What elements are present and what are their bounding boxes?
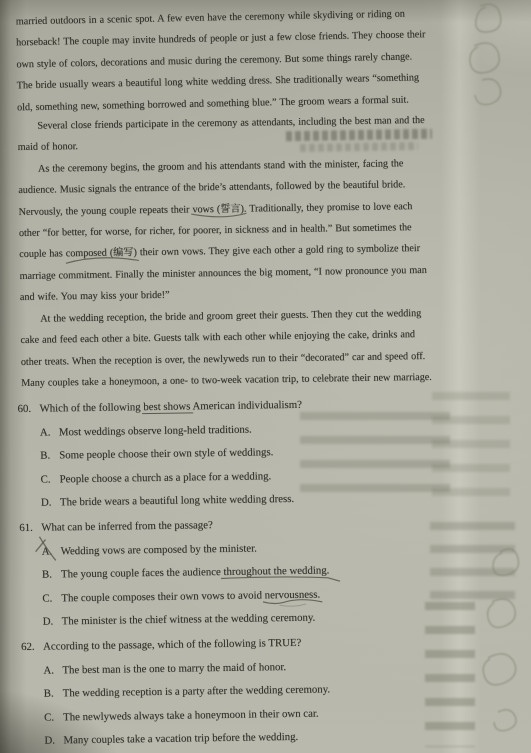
text: Which of the following (39, 401, 143, 415)
text: Many couples take a honeymoon, a one- to… (21, 372, 432, 389)
text: Some people choose their own style of we… (59, 446, 273, 461)
question-number: 62. (21, 636, 43, 660)
text: What can be inferred from the passage? (41, 519, 213, 534)
text: The young couple faces the audience (61, 566, 224, 580)
text-run: their own vows. They give each other a g… (137, 243, 420, 258)
text-run: People choose a church as a place for a … (59, 470, 271, 485)
text: The wedding reception is a party after t… (63, 684, 330, 700)
text: other treats. When the reception is over… (21, 350, 425, 367)
text: A. (40, 426, 51, 438)
hand-underline-wavy (263, 596, 324, 606)
question-61: 61.What can be inferred from the passage… (19, 511, 479, 635)
text: The bride usually wears a beautiful long… (17, 72, 419, 91)
text: D. (41, 496, 52, 508)
text: C. (40, 473, 50, 485)
option-label: D. (44, 729, 63, 753)
question-number: 60. (17, 398, 39, 422)
marked-phrase: vows (誓言) (192, 203, 244, 215)
text: married outdoors in a scenic spot. A few… (16, 9, 405, 28)
text-run: The bride usually wears a beautiful long… (17, 72, 419, 91)
option-label: C. (40, 468, 59, 492)
text-run: At the wedding reception, the bride and … (40, 308, 421, 325)
reading-passage: married outdoors in a scenic spot. A few… (16, 0, 476, 394)
option-label: B. (42, 564, 61, 588)
text: D. (44, 734, 55, 746)
text: C. (42, 592, 52, 604)
text-run: The young couple faces the audience (61, 566, 224, 580)
question-list: 60.Which of the following best shows Ame… (17, 392, 480, 753)
text: Several close friends participate in the… (37, 115, 424, 132)
text-run: The wedding reception is a party after t… (63, 684, 330, 700)
text-run: What can be inferred from the passage? (41, 519, 213, 534)
hand-underline-arc (64, 255, 140, 265)
text: D. (43, 615, 54, 627)
text-run: The best man is the one to marry the mai… (62, 661, 286, 676)
text: own style of colors, decorations and mus… (16, 51, 412, 70)
hand-underline-line (141, 409, 193, 419)
text: At the wedding reception, the bride and … (40, 308, 421, 325)
text: audience. Music signals the entrance of … (18, 179, 405, 196)
text-run: Many couples take a honeymoon, a one- to… (21, 372, 432, 389)
text-run: Some people choose their own style of we… (59, 446, 273, 461)
text-run: As the ceremony begins, the groom and hi… (38, 158, 403, 174)
option-label: C. (44, 706, 63, 730)
text: old, something new, something borrowed a… (17, 94, 409, 113)
pencil-slash-mark (34, 536, 58, 561)
option-label: A. (40, 421, 59, 445)
text: The best man is the one to marry the mai… (62, 661, 286, 676)
text-run: The couple composes their own vows to av… (61, 589, 264, 604)
question-60: 60.Which of the following best shows Ame… (17, 392, 477, 516)
text: Wedding vows are composed by the ministe… (61, 542, 257, 557)
question-62: 62.According to the passage, which of th… (21, 630, 481, 753)
marked-phrase: composed (编写) (66, 248, 137, 260)
text: According to the passage, which of the f… (43, 637, 301, 653)
option-label: C. (42, 587, 61, 611)
text: B. (42, 569, 52, 581)
text: B. (40, 450, 50, 462)
text: Nervously, the young couple repeats thei… (19, 204, 193, 218)
text-run: other “for better, for worse, for richer… (19, 222, 412, 239)
text: The minister is the chief witness at the… (62, 612, 316, 628)
text: and wife. You may kiss your bride!” (20, 290, 170, 303)
text-run: Nervously, the young couple repeats thei… (19, 204, 193, 218)
text-run: marriage commitment. Finally the ministe… (19, 265, 426, 282)
text-run: old, something new, something borrowed a… (17, 94, 409, 113)
text-run: American individualism? (190, 399, 302, 413)
text: As the ceremony begins, the groom and hi… (38, 158, 403, 174)
text: The newlyweds always take a honeymoon in… (63, 707, 319, 723)
text: American individualism? (190, 399, 302, 413)
marked-phrase: best shows (143, 401, 190, 414)
hand-underline-hand (221, 572, 340, 583)
text-run: Most weddings observe long-held traditio… (59, 423, 252, 438)
text: their own vows. They give each other a g… (137, 243, 420, 258)
text: maid of honor. (18, 142, 78, 154)
text-run: Wedding vows are composed by the ministe… (61, 542, 257, 557)
text-run: . Traditionally, they promise to love ea… (244, 201, 413, 214)
text: The couple composes their own vows to av… (61, 589, 264, 604)
text-run: Which of the following (39, 401, 143, 415)
text-run: maid of honor. (18, 142, 78, 154)
text: Most weddings observe long-held traditio… (59, 423, 252, 438)
text-run: and wife. You may kiss your bride!” (20, 290, 170, 303)
option-label: B. (44, 683, 63, 707)
option-label: D. (43, 610, 62, 634)
text: marriage commitment. Finally the ministe… (19, 265, 426, 282)
text-run: other treats. When the reception is over… (21, 350, 425, 367)
text-run: Many couples take a vacation trip before… (63, 731, 298, 746)
text: Many couples take a vacation trip before… (63, 731, 298, 746)
text: cake and feed each other a bite. Guests … (20, 329, 415, 346)
text-run: cake and feed each other a bite. Guests … (20, 329, 415, 346)
text-run: audience. Music signals the entrance of … (18, 179, 405, 196)
text-run: The newlyweds always take a honeymoon in… (63, 707, 319, 723)
text: couple has (19, 249, 66, 261)
option-label: D. (41, 491, 60, 515)
option-label: B. (40, 445, 59, 469)
page-content: married outdoors in a scenic spot. A few… (12, 0, 481, 753)
marked-phrase: throughout the wedding. (223, 565, 329, 579)
marked-phrase: nervousness. (265, 588, 321, 601)
text-run: own style of colors, decorations and mus… (16, 51, 412, 70)
text-run: Several close friends participate in the… (37, 115, 424, 132)
text: . Traditionally, they promise to love ea… (244, 201, 413, 214)
text-run: horseback! The couple may invite hundred… (16, 30, 425, 49)
text: C. (44, 711, 54, 723)
text: The bride wears a beautiful long white w… (60, 493, 294, 508)
hand-underline-curve (190, 210, 247, 220)
text-run: The minister is the chief witness at the… (62, 612, 316, 628)
text: horseback! The couple may invite hundred… (16, 30, 425, 49)
text: B. (44, 688, 54, 700)
text: A. (43, 664, 54, 676)
text-run: couple has (19, 249, 66, 261)
text-run: The bride wears a beautiful long white w… (60, 493, 294, 508)
text: other “for better, for worse, for richer… (19, 222, 412, 239)
text-run: married outdoors in a scenic spot. A few… (16, 9, 405, 28)
text-run: According to the passage, which of the f… (43, 637, 301, 653)
text: People choose a church as a place for a … (59, 470, 271, 485)
option-label: A. (43, 659, 62, 683)
scanned-exam-page: married outdoors in a scenic spot. A few… (0, 0, 531, 753)
option-label: A. (41, 540, 60, 564)
